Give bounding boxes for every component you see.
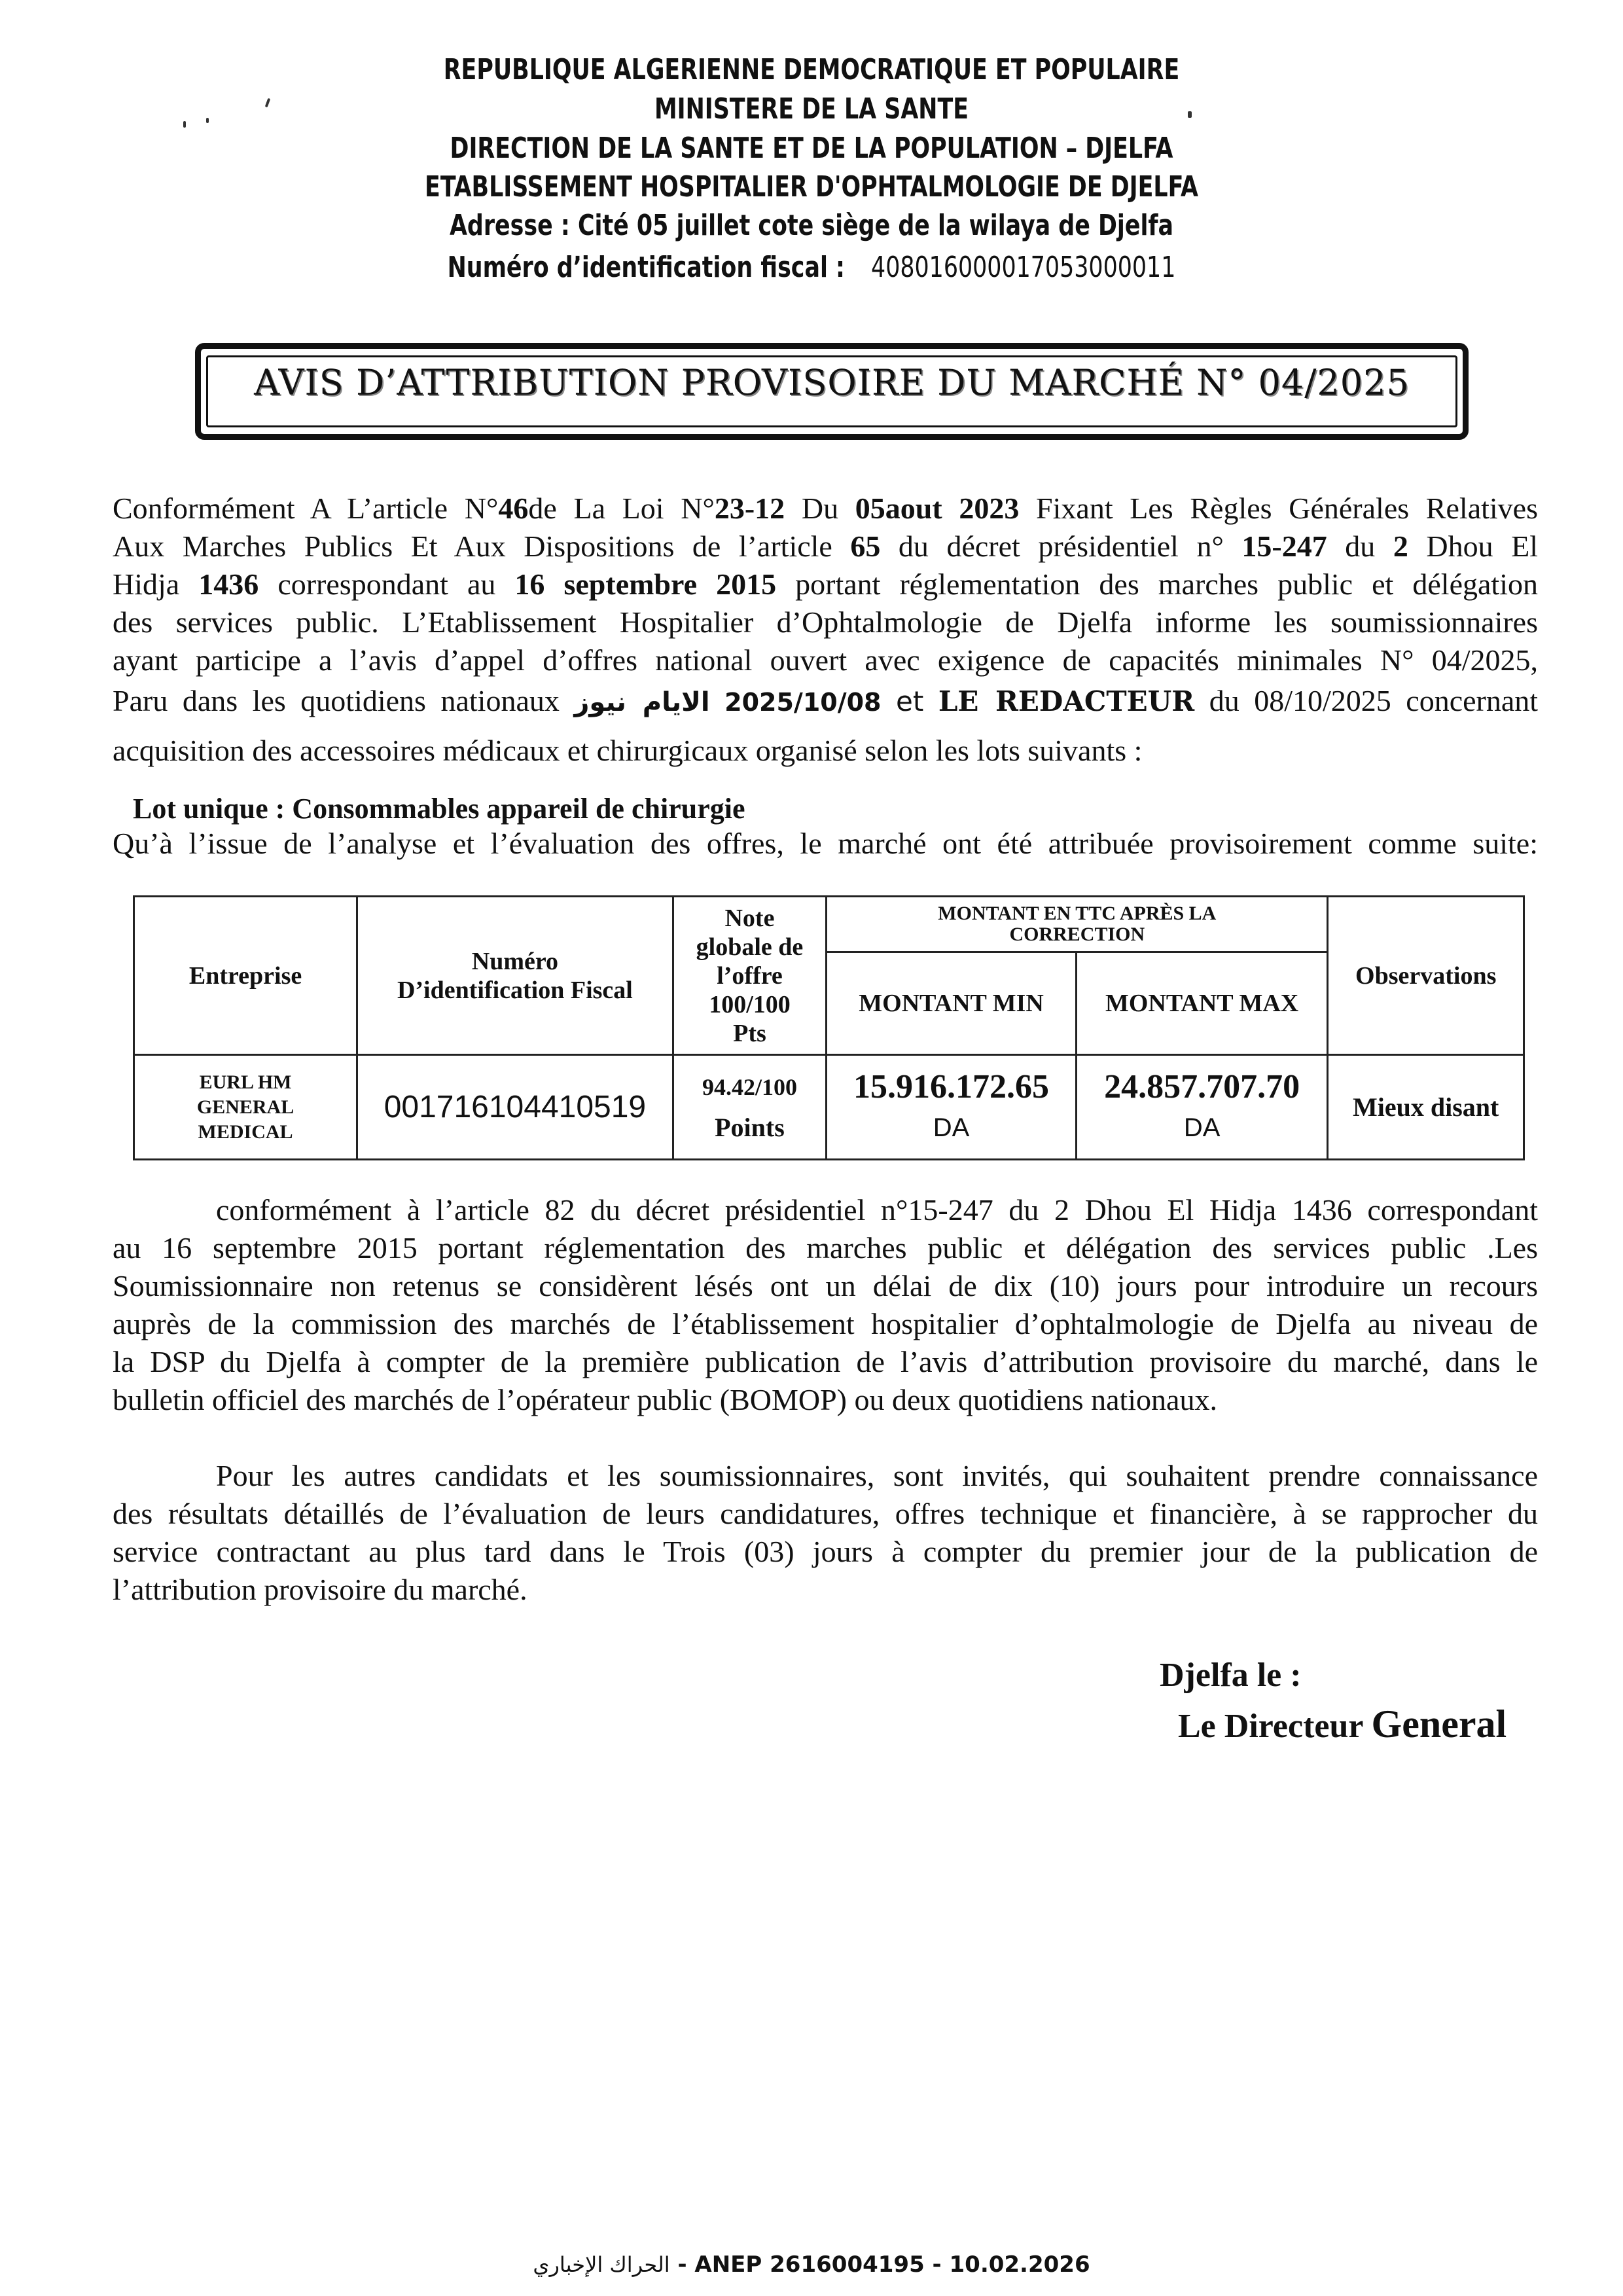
cell-company: EURL HM GENERAL MEDICAL: [134, 1055, 357, 1160]
col-header-observations: Observations: [1328, 897, 1524, 1055]
footer-arabic: الحراك الإخباري: [533, 2252, 669, 2277]
newspaper-redacteur: LE REDACTEUR: [938, 685, 1194, 717]
table-header-row: Entreprise Numéro D’identification Fisca…: [134, 897, 1524, 952]
cell-nif: 001716104410519: [357, 1055, 673, 1160]
table-row: EURL HM GENERAL MEDICAL 001716104410519 …: [134, 1055, 1524, 1160]
recourse-line-3: Soumissionnaire non retenus se considère…: [113, 1267, 1538, 1305]
intro-line-3: Hidja 1436 correspondant au 16 septembre…: [113, 565, 1538, 603]
cell-score: 94.42/100 Points: [673, 1055, 827, 1160]
invitation-line-3: service contractant au plus tard dans le…: [113, 1533, 1538, 1571]
cell-observation: Mieux disant: [1328, 1055, 1524, 1160]
intro-line-4: des services public. L’Etablissement Hos…: [113, 603, 1538, 641]
newspaper-date: 2025/10/08: [724, 688, 881, 717]
intro-line-7: acquisition des accessoires médicaux et …: [113, 732, 1142, 770]
title-box: AVIS D’ATTRIBUTION PROVISOIRE DU MARCHÉ …: [195, 343, 1469, 440]
attribution-table: Entreprise Numéro D’identification Fisca…: [133, 895, 1525, 1160]
newspaper-arabic: الايام نيوز: [574, 687, 709, 717]
recourse-line-5: la DSP du Djelfa à compter de la premièr…: [113, 1343, 1538, 1381]
col-header-score: Note globale de l’offre 100/100 Pts: [673, 897, 827, 1055]
intro-line-2: Aux Marches Publics Et Aux Dispositions …: [113, 528, 1538, 565]
document-title: AVIS D’ATTRIBUTION PROVISOIRE DU MARCHÉ …: [201, 362, 1463, 403]
footer-anep: الحراك الإخباري - ANEP 2616004195 - 10.0…: [0, 2251, 1623, 2278]
fiscal-number: 408016000017053000011: [871, 251, 1175, 284]
cell-amount-min: 15.916.172.65 DA: [827, 1055, 1077, 1160]
recourse-line-4: auprès de la commission des marchés de l…: [113, 1305, 1538, 1343]
header-address: Adresse : Cité 05 juillet cote siège de …: [98, 207, 1525, 245]
signature-role: Le Directeur General: [1178, 1702, 1507, 1747]
col-header-nif: Numéro D’identification Fiscal: [357, 897, 673, 1055]
intro-line-1: Conformément A L’article N°46de La Loi N…: [113, 490, 1538, 528]
intro-line-6: Paru dans les quotidiens nationaux الايا…: [113, 682, 1538, 721]
header-direction: DIRECTION DE LA SANTE ET DE LA POPULATIO…: [98, 130, 1525, 168]
col-header-amount-group: MONTANT EN TTC APRÈS LA CORRECTION: [827, 897, 1328, 952]
fiscal-label: Numéro d’identification fiscal :: [448, 251, 845, 284]
lot-title: Lot unique : Consommables appareil de ch…: [133, 792, 745, 825]
header-ministry: MINISTERE DE LA SANTE: [98, 90, 1525, 128]
recourse-line-1: conformément à l’article 82 du décret pr…: [216, 1191, 1538, 1229]
invitation-line-2: des résultats détaillés de l’évaluation …: [113, 1495, 1538, 1533]
header-republic: REPUBLIQUE ALGERIENNE DEMOCRATIQUE ET PO…: [98, 51, 1525, 89]
invitation-line-1: Pour les autres candidats et les soumiss…: [216, 1457, 1538, 1495]
cell-amount-max: 24.857.707.70 DA: [1076, 1055, 1328, 1160]
header-establishment: ETABLISSEMENT HOSPITALIER D'OPHTALMOLOGI…: [98, 168, 1525, 206]
footer-reference: - ANEP 2616004195 - 10.02.2026: [677, 2251, 1090, 2278]
col-header-amount-max: MONTANT MAX: [1076, 952, 1328, 1055]
col-header-amount-min: MONTANT MIN: [827, 952, 1077, 1055]
lot-intro: Qu’à l’issue de l’analyse et l’évaluatio…: [113, 825, 1538, 863]
signature-place: Djelfa le :: [1160, 1656, 1302, 1695]
col-header-company: Entreprise: [134, 897, 357, 1055]
header-fiscal: Numéro d’identification fiscal : 4080160…: [98, 249, 1525, 287]
recourse-line-6: bulletin officiel des marchés de l’opéra…: [113, 1381, 1217, 1419]
recourse-line-2: au 16 septembre 2015 portant réglementat…: [113, 1229, 1538, 1267]
intro-line-5: ayant participe a l’avis d’appel d’offre…: [113, 641, 1538, 679]
invitation-line-4: l’attribution provisoire du marché.: [113, 1571, 527, 1609]
